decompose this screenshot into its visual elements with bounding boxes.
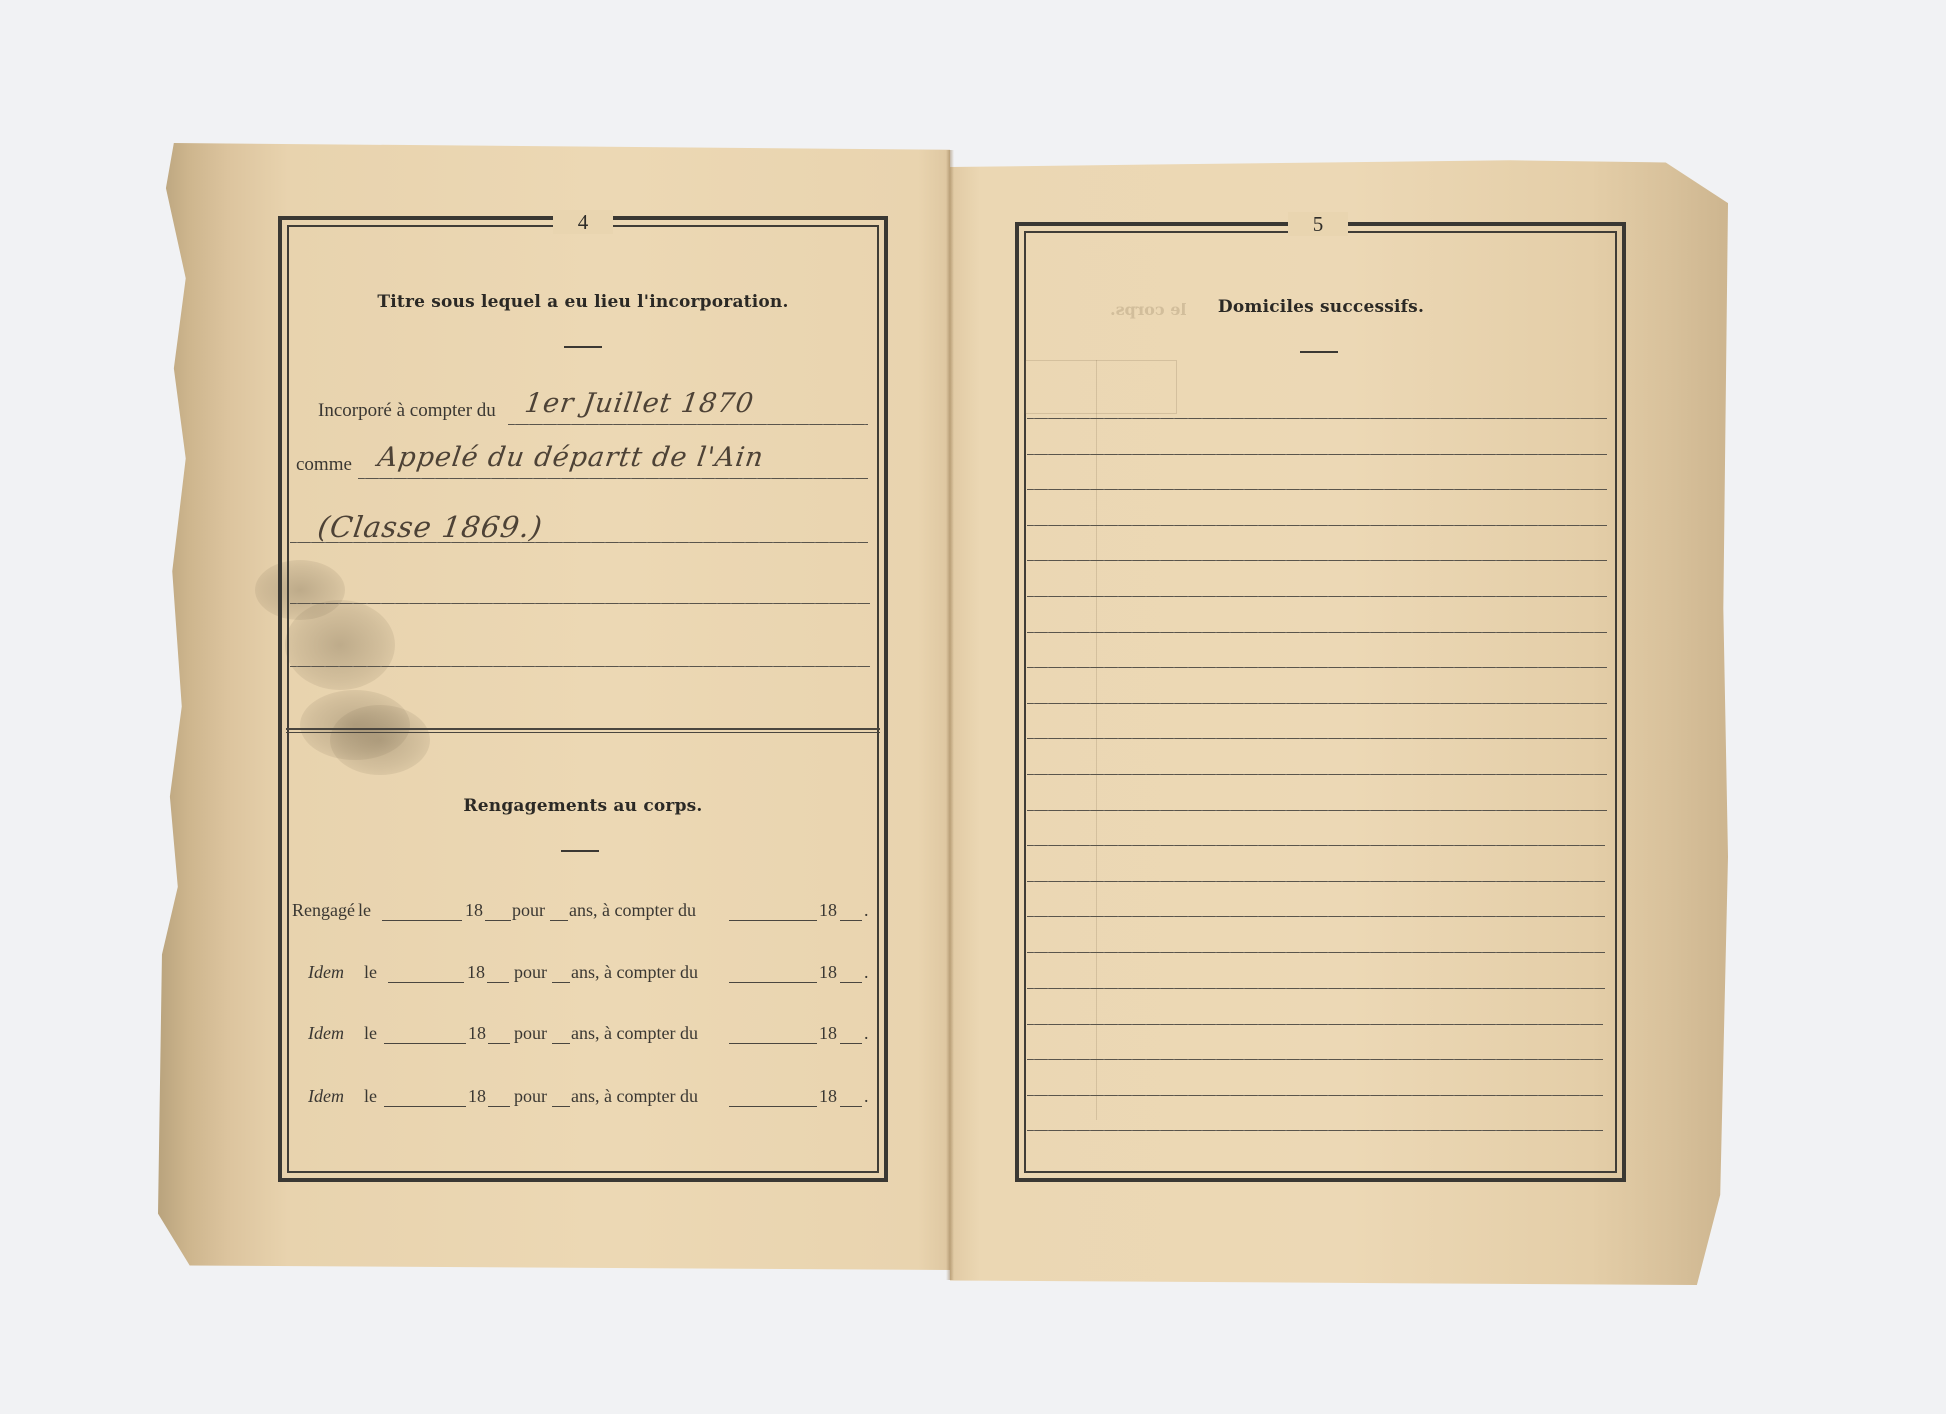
years-blank[interactable] xyxy=(552,1106,570,1107)
row-pour: pour xyxy=(514,1023,547,1044)
domicile-line[interactable] xyxy=(1027,703,1607,704)
row-prefix: Idem xyxy=(308,1023,344,1044)
row-year2: 18 xyxy=(819,1086,837,1107)
domicile-line[interactable] xyxy=(1027,525,1607,526)
rengagement-row: Rengagé le 18 pour ans, à compter du 18 … xyxy=(292,895,877,925)
years-blank[interactable] xyxy=(552,982,570,983)
domicile-line[interactable] xyxy=(1027,454,1607,455)
row-ans: ans, à compter du xyxy=(569,900,696,921)
row-prefix: Idem xyxy=(308,962,344,983)
domicile-line[interactable] xyxy=(1027,988,1605,989)
date-blank[interactable] xyxy=(382,920,462,921)
comme-line xyxy=(358,478,868,479)
section-title-incorporation: Titre sous lequel a eu lieu l'incorporat… xyxy=(290,292,876,312)
section-divider xyxy=(286,732,880,733)
row-pour: pour xyxy=(514,1086,547,1107)
row-end: . xyxy=(864,1023,869,1044)
section-title-rengagements: Rengagements au corps. xyxy=(290,796,876,816)
row-year1: 18 xyxy=(465,900,483,921)
domicile-line[interactable] xyxy=(1027,596,1607,597)
row-le: le xyxy=(364,1086,377,1107)
year-blank[interactable] xyxy=(487,982,509,983)
domicile-line[interactable] xyxy=(1027,1059,1603,1060)
classe-value[interactable]: (Classe 1869.) xyxy=(316,510,545,544)
row-end: . xyxy=(864,1086,869,1107)
title-dash xyxy=(564,346,602,348)
year-blank[interactable] xyxy=(840,1106,862,1107)
date-blank[interactable] xyxy=(384,1043,466,1044)
years-blank[interactable] xyxy=(552,1043,570,1044)
row-prefix: Idem xyxy=(308,1086,344,1107)
incorporation-date-line xyxy=(508,424,868,425)
domicile-line[interactable] xyxy=(1027,952,1605,953)
comme-value[interactable]: Appelé du départt de l'Ain xyxy=(376,442,766,473)
row-pour: pour xyxy=(512,900,545,921)
rengagement-row: Idem le 18 pour ans, à compter du 18 . xyxy=(292,957,877,987)
row-end: . xyxy=(864,962,869,983)
date-blank[interactable] xyxy=(729,920,817,921)
row-le: le xyxy=(364,962,377,983)
row-year1: 18 xyxy=(467,962,485,983)
domicile-line[interactable] xyxy=(1027,667,1607,668)
date-blank[interactable] xyxy=(729,982,817,983)
years-blank[interactable] xyxy=(550,920,568,921)
row-end: . xyxy=(864,900,869,921)
title-dash xyxy=(561,850,599,852)
page-number-left: 4 xyxy=(553,210,613,234)
book-gutter xyxy=(946,150,954,1280)
domicile-line[interactable] xyxy=(1027,560,1607,561)
domicile-line[interactable] xyxy=(1027,881,1605,882)
domicile-line[interactable] xyxy=(1027,916,1605,917)
row-year2: 18 xyxy=(819,962,837,983)
date-blank[interactable] xyxy=(388,982,464,983)
year-blank[interactable] xyxy=(488,1043,510,1044)
year-blank[interactable] xyxy=(488,1106,510,1107)
comme-label: comme xyxy=(296,454,352,476)
row-pour: pour xyxy=(514,962,547,983)
rengagement-row: Idem le 18 pour ans, à compter du 18 . xyxy=(292,1018,877,1048)
domicile-line[interactable] xyxy=(1027,845,1605,846)
domicile-line[interactable] xyxy=(1027,738,1607,739)
domicile-line[interactable] xyxy=(1027,1095,1603,1096)
incorporation-date-value[interactable]: 1er Juillet 1870 xyxy=(523,388,756,419)
domicile-line[interactable] xyxy=(1027,1024,1603,1025)
section-title-domiciles: Domiciles successifs. xyxy=(1028,297,1614,317)
date-blank[interactable] xyxy=(729,1106,817,1107)
blank-line xyxy=(290,603,870,604)
domicile-line[interactable] xyxy=(1027,632,1607,633)
domicile-line[interactable] xyxy=(1027,810,1607,811)
row-ans: ans, à compter du xyxy=(571,962,698,983)
domicile-line[interactable] xyxy=(1027,418,1607,419)
rengagement-row: Idem le 18 pour ans, à compter du 18 . xyxy=(292,1081,877,1111)
title-dash xyxy=(1300,351,1338,353)
page-number-right: 5 xyxy=(1288,212,1348,236)
year-blank[interactable] xyxy=(840,1043,862,1044)
row-year1: 18 xyxy=(468,1086,486,1107)
date-blank[interactable] xyxy=(729,1043,817,1044)
section-divider xyxy=(286,728,880,730)
row-le: le xyxy=(364,1023,377,1044)
domicile-line[interactable] xyxy=(1027,1130,1603,1131)
domicile-line[interactable] xyxy=(1027,489,1607,490)
row-ans: ans, à compter du xyxy=(571,1086,698,1107)
incorporation-date-label: Incorporé à compter du xyxy=(318,400,496,422)
blank-line xyxy=(290,666,870,667)
row-ans: ans, à compter du xyxy=(571,1023,698,1044)
row-le: le xyxy=(358,900,371,921)
year-blank[interactable] xyxy=(485,920,511,921)
domicile-line[interactable] xyxy=(1027,774,1607,775)
year-blank[interactable] xyxy=(840,920,862,921)
show-through-table xyxy=(1096,360,1176,1120)
row-prefix: Rengagé xyxy=(292,900,355,921)
year-blank[interactable] xyxy=(840,982,862,983)
row-year2: 18 xyxy=(819,1023,837,1044)
row-year1: 18 xyxy=(468,1023,486,1044)
row-year2: 18 xyxy=(819,900,837,921)
date-blank[interactable] xyxy=(384,1106,466,1107)
